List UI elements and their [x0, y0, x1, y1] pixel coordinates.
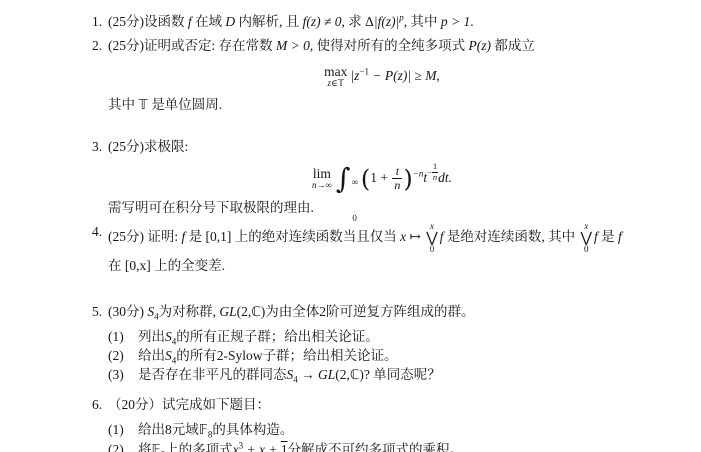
- score-label: (25分): [108, 14, 144, 29]
- subproblem-3: (3) 是否存在非平凡的群同态S4 → GL(2,ℂ)? 单同态呢？: [108, 365, 656, 385]
- problem-3-continuation: 需写明可在积分号下取极限的理由.: [108, 196, 656, 220]
- problem-2-statement: (25分)证明或否定: 存在常数 M > 0, 使得对所有的全纯多项式 P(z)…: [108, 34, 656, 58]
- laplacian-symbol: Δ: [365, 14, 374, 29]
- denominator: n: [392, 178, 402, 193]
- lim-operator: limn→∞: [312, 167, 332, 191]
- problem-5-subitems: (1) 列出S4的所有正规子群；给出相关论证。 (2) 给出S4的所有2-Syl…: [108, 327, 656, 385]
- exponent: −n: [413, 169, 424, 179]
- text-run: 的具体构造。: [212, 422, 293, 437]
- problem-number: 5.: [92, 300, 108, 385]
- text-run: , 求: [342, 14, 366, 29]
- text-run: , 其中: [404, 14, 441, 29]
- math-run: M > 0: [276, 38, 310, 53]
- text-run: 都成立: [491, 38, 535, 53]
- subproblem-label: (2): [108, 440, 138, 452]
- math-run: dt.: [438, 170, 452, 185]
- double-struck-C: ℂ: [350, 367, 359, 383]
- text-run: 设函数: [144, 14, 188, 29]
- text-run: 其中: [108, 97, 138, 112]
- max-operator: maxz∈𝕋: [324, 65, 347, 90]
- score-label: (25分): [108, 229, 144, 244]
- text-run: 的所有2-Sylow子群；给出相关论证。: [176, 348, 397, 363]
- math-run: P(z): [469, 38, 492, 53]
- double-struck-C: ℂ: [251, 304, 260, 320]
- text-run: 列出: [138, 329, 165, 344]
- problem-6: 6. （20分）试完成如下题目： (1) 给出8元域𝔽8的具体构造。 (2) 将…: [92, 393, 656, 452]
- text-run: 给出8元域: [138, 422, 199, 437]
- text-run: 上的绝对连续函数当且仅当: [231, 229, 400, 244]
- subproblem-2: (2) 给出S4的所有2-Sylow子群；给出相关论证。: [108, 346, 656, 365]
- text-run: 试完成如下题目：: [162, 397, 270, 412]
- text-run: 是: [185, 229, 205, 244]
- overline-one: 1: [281, 442, 288, 452]
- exponent-fraction: −1n: [427, 162, 438, 182]
- math-run: x ↦: [400, 229, 424, 244]
- total-variation-operator: x⋁0: [580, 222, 591, 254]
- problem-3: 3. (25分)求极限: limn→∞∫∞0(1 + tn)−nt−1ndt. …: [92, 135, 656, 220]
- formula-max-display: maxz∈𝕋|z−1 − P(z)| ≥ M,: [108, 61, 656, 91]
- text-run: 的所有正规子群；给出相关论证。: [176, 329, 379, 344]
- math-run: [0,1]: [206, 229, 232, 244]
- upper-limit: ∞: [351, 164, 357, 200]
- numerator: 1: [433, 162, 437, 171]
- text-run: 给出: [138, 348, 165, 363]
- math-run: [0,x]: [125, 258, 151, 273]
- math-run: GL: [219, 304, 236, 319]
- problem-2-continuation: 其中 𝕋 是单位圆周.: [108, 93, 656, 117]
- problem-number: 3.: [92, 135, 108, 220]
- lower-limit: 0: [430, 245, 435, 254]
- subproblem-2: (2) 将𝔽8上的多项式x3 + x + 1分解成不可约多项式的乘积。: [108, 440, 656, 452]
- problem-2: 2. (25分)证明或否定: 存在常数 M > 0, 使得对所有的全纯多项式 P…: [92, 34, 656, 117]
- problem-4-continuation: 在 [0,x] 上的全变差.: [108, 254, 656, 278]
- text-run: 上的全变差.: [151, 258, 225, 273]
- math-run: |f(z)|: [374, 14, 399, 29]
- score-label: (25分): [108, 139, 144, 154]
- text-run: 分解成不可约多项式的乘积。: [288, 442, 464, 452]
- problem-6-subitems: (1) 给出8元域𝔽8的具体构造。 (2) 将𝔽8上的多项式x3 + x + 1…: [108, 420, 656, 452]
- total-variation-operator: x⋁0: [426, 222, 437, 254]
- math-run: S: [165, 348, 172, 363]
- math-run: + x +: [243, 442, 281, 452]
- problem-5-statement: (30分) S4为对称群, GL(2,ℂ)为由全体2阶可逆复方阵组成的群。: [108, 300, 656, 324]
- math-run: f: [618, 229, 622, 244]
- integral-limits: ∞0: [351, 164, 357, 194]
- problem-3-statement: (25分)求极限:: [108, 135, 656, 159]
- subproblem-1: (1) 列出S4的所有正规子群；给出相关论证。: [108, 327, 656, 346]
- problem-1: 1. (25分)设函数 f 在域 D 内解析, 且 f(z) ≠ 0, 求 Δ|…: [92, 10, 656, 34]
- problem-5: 5. (30分) S4为对称群, GL(2,ℂ)为由全体2阶可逆复方阵组成的群。…: [92, 300, 656, 385]
- text-run: 是绝对连续函数, 其中: [443, 229, 578, 244]
- double-struck-F: 𝔽: [199, 422, 208, 438]
- problem-4: 4. (25分) 证明: f 是 [0,1] 上的绝对连续函数当且仅当 x ↦ …: [92, 220, 656, 278]
- double-struck-T: 𝕋: [338, 79, 344, 89]
- text-run: 内解析, 且: [235, 14, 303, 29]
- math-run: f(z) ≠ 0: [303, 14, 342, 29]
- left-paren: (: [361, 165, 370, 193]
- operator-limit: z∈𝕋: [328, 79, 345, 89]
- subproblem-label: (1): [108, 327, 138, 346]
- right-paren: ): [403, 165, 412, 193]
- text-run: 上的多项式: [165, 442, 233, 452]
- text-run: 是: [598, 229, 618, 244]
- operator-limit: n→∞: [312, 181, 332, 190]
- exam-paper: 1. (25分)设函数 f 在域 D 内解析, 且 f(z) ≠ 0, 求 Δ|…: [0, 0, 701, 452]
- vee-symbol: ⋁: [426, 231, 437, 245]
- operator-name: max: [324, 65, 347, 79]
- math-run: − P(z)| ≥ M,: [369, 68, 440, 83]
- problem-number: 2.: [92, 34, 108, 117]
- text-run: 是否存在非平凡的群同态: [138, 367, 287, 382]
- math-run: 1 +: [370, 170, 391, 185]
- text-run: 在域: [192, 14, 226, 29]
- problem-number: 1.: [92, 10, 108, 34]
- operator-name: lim: [313, 167, 331, 181]
- arrow-symbol: →: [298, 367, 318, 382]
- subproblem-1: (1) 给出8元域𝔽8的具体构造。: [108, 420, 656, 440]
- text-run: 为对称群,: [159, 304, 220, 319]
- math-run: S: [165, 329, 172, 344]
- text-run: .: [470, 14, 473, 29]
- problem-4-statement: (25分) 证明: f 是 [0,1] 上的绝对连续函数当且仅当 x ↦ x⋁0…: [108, 220, 656, 254]
- numerator: t: [396, 165, 399, 179]
- double-struck-F: 𝔽: [152, 442, 161, 452]
- score-label: (25分): [108, 38, 144, 53]
- subproblem-label: (2): [108, 346, 138, 365]
- problem-number: 4.: [92, 220, 108, 278]
- text-run: 是单位圆周.: [148, 97, 222, 112]
- text-run: 证明:: [144, 229, 182, 244]
- exponent: −1: [359, 67, 369, 77]
- fraction: tn: [392, 165, 402, 194]
- text-run: 证明或否定: 存在常数: [144, 38, 276, 53]
- double-struck-T: 𝕋: [138, 97, 148, 113]
- integral-sign: ∫∞0: [336, 164, 360, 194]
- score-label: （20分）: [108, 397, 162, 412]
- text-run: ? 单同态呢？: [364, 367, 441, 382]
- formula-limit-display: limn→∞∫∞0(1 + tn)−nt−1ndt.: [108, 160, 656, 196]
- vee-symbol: ⋁: [580, 231, 591, 245]
- text-run: , 使得对所有的全纯多项式: [310, 38, 469, 53]
- subproblem-label: (3): [108, 365, 138, 385]
- subproblem-label: (1): [108, 420, 138, 440]
- math-run: D: [225, 14, 235, 29]
- problem-6-statement: （20分）试完成如下题目：: [108, 393, 656, 417]
- lower-limit: 0: [584, 245, 589, 254]
- element-of-symbol: ∈: [331, 78, 338, 88]
- text-run: 求极限:: [144, 139, 188, 154]
- text-run: 在: [108, 258, 125, 273]
- text-run: 将: [138, 442, 152, 452]
- math-run: p > 1: [441, 14, 470, 29]
- score-label: (30分): [108, 304, 147, 319]
- problem-1-statement: (25分)设函数 f 在域 D 内解析, 且 f(z) ≠ 0, 求 Δ|f(z…: [108, 10, 656, 34]
- text-run: 为由全体2阶可逆复方阵组成的群。: [265, 304, 474, 319]
- math-run: GL: [318, 367, 335, 382]
- text-run: 需写明可在积分号下取极限的理由.: [108, 200, 314, 215]
- problem-number: 6.: [92, 393, 108, 452]
